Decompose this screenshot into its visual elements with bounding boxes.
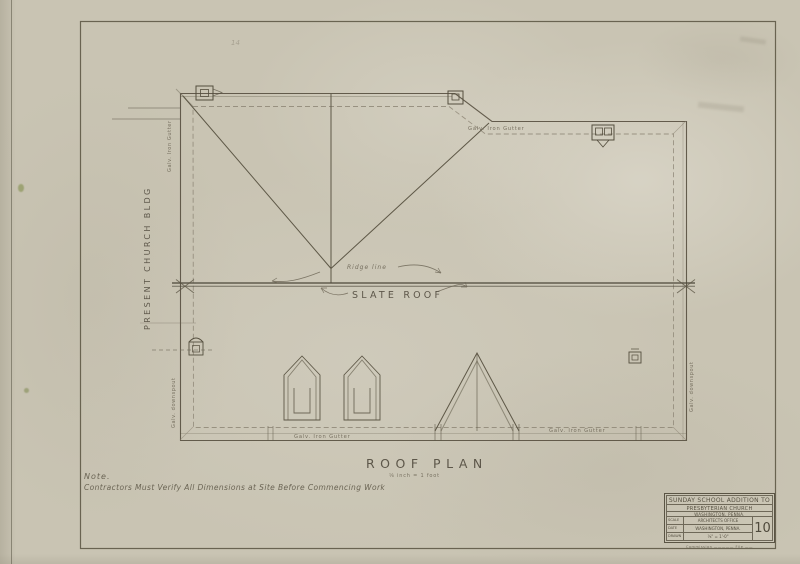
vent-bottom-left bbox=[189, 338, 203, 355]
ridge-line-label: Ridge line bbox=[347, 264, 387, 271]
title-block-values: ARCHITECTS OFFICE WASHINGTON, PENNA. ⅛" … bbox=[684, 517, 753, 540]
title-block: SUNDAY SCHOOL ADDITION TO PRESBYTERIAN C… bbox=[664, 493, 775, 543]
sheet-number: 10 bbox=[753, 517, 772, 540]
title-block-footer: Commission ————— File —— bbox=[664, 545, 775, 549]
gutter-label-bottom-right: Galv. Iron Gutter bbox=[549, 428, 606, 434]
general-note: Note. Contractors Must Verify All Dimens… bbox=[84, 472, 385, 492]
vent-top-right bbox=[592, 125, 614, 147]
ridge-line-graphic bbox=[172, 283, 695, 286]
gutter-dashed-line bbox=[193, 107, 674, 428]
valley-lines bbox=[183, 94, 489, 284]
gutter-label-top: Galv. Iron Gutter bbox=[468, 126, 525, 132]
vent-bottom-right bbox=[629, 349, 641, 363]
slate-roof-label: SLATE ROOF bbox=[352, 290, 443, 301]
label-scale: SCALE bbox=[667, 517, 683, 525]
project-title-line1: SUNDAY SCHOOL ADDITION TO bbox=[667, 496, 772, 505]
title-block-inner: SUNDAY SCHOOL ADDITION TO PRESBYTERIAN C… bbox=[666, 495, 773, 541]
gutter-label-left: Galv. Iron Gutter bbox=[167, 120, 173, 172]
present-building-label: PRESENT CHURCH BLDG bbox=[143, 186, 152, 330]
gutter-label-bottom-left: Galv. Iron Gutter bbox=[294, 434, 351, 440]
downspout-label-right: Galv. downspout bbox=[689, 361, 695, 412]
scanned-drawing-sheet: { "page": { "title": "ROOF PLAN", "scale… bbox=[0, 0, 800, 564]
address-line: WASHINGTON, PENNA. bbox=[684, 525, 752, 533]
ridge-end-brace bbox=[176, 89, 695, 293]
plan-title: ROOF PLAN bbox=[366, 456, 488, 471]
dormer-small-left bbox=[284, 356, 320, 420]
value-scale: ⅛" = 1'-0" bbox=[684, 533, 752, 540]
title-block-labels: SCALE DATE DRAWN bbox=[667, 517, 684, 540]
label-date: DATE bbox=[667, 525, 683, 533]
label-drawn: DRAWN bbox=[667, 533, 683, 540]
note-body: Contractors Must Verify All Dimensions a… bbox=[84, 483, 385, 492]
dormer-small-right bbox=[344, 356, 380, 420]
note-heading: Note. bbox=[84, 472, 385, 481]
reference-tick-lines bbox=[112, 108, 214, 350]
architect-line: ARCHITECTS OFFICE bbox=[684, 517, 752, 525]
downspout-label-left: Galv. downspout bbox=[171, 377, 177, 428]
roof-outline bbox=[181, 94, 687, 441]
plan-scale-note: ⅛ inch = 1 foot bbox=[389, 473, 440, 479]
roof-outline-group bbox=[180, 94, 687, 441]
project-title-line2: PRESBYTERIAN CHURCH bbox=[667, 505, 772, 512]
title-block-grid: SCALE DATE DRAWN ARCHITECTS OFFICE WASHI… bbox=[667, 517, 772, 540]
corner-connectors bbox=[180, 93, 686, 440]
